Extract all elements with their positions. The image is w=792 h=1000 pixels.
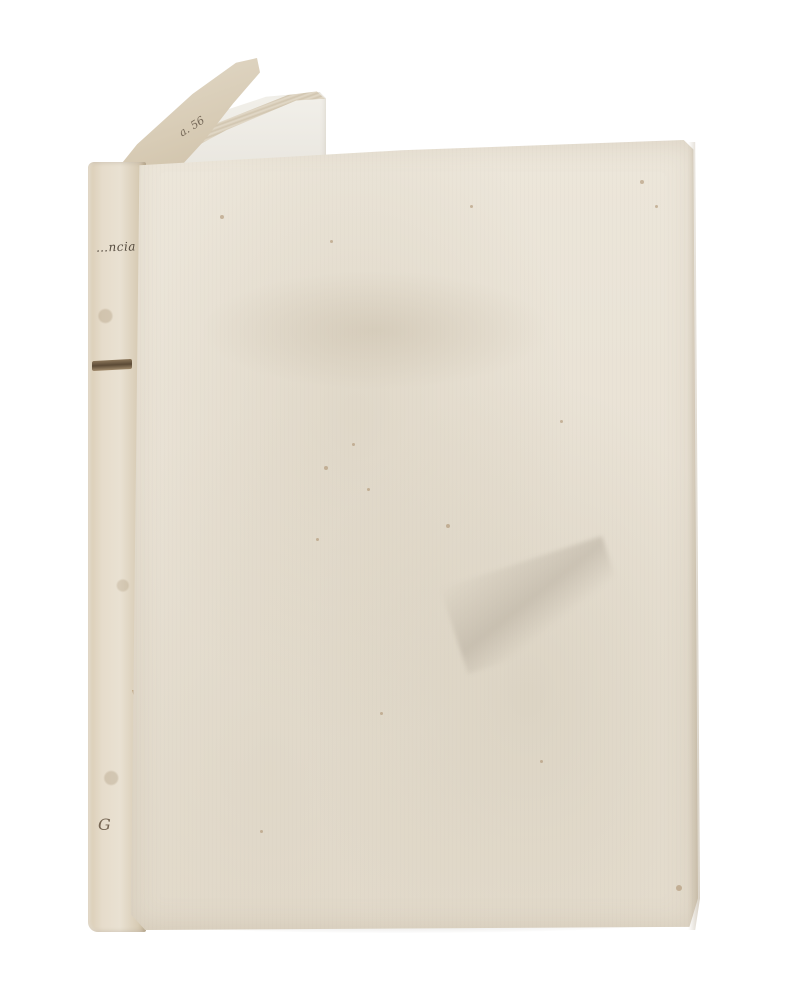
foxing-spot	[380, 712, 383, 715]
foxing-spot	[676, 885, 682, 891]
cover-fore-edge	[688, 142, 700, 930]
foxing-spot	[367, 488, 370, 491]
foxing-spot	[560, 420, 563, 423]
foxing-spot	[260, 830, 263, 833]
foxing-spot	[324, 466, 328, 470]
foxing-spot	[330, 240, 333, 243]
foxing-spot	[220, 215, 224, 219]
foxing-spot	[470, 205, 473, 208]
foxing-spot	[640, 180, 644, 184]
spine-manuscript-label: …ncia	[96, 239, 136, 254]
foxing-spot	[352, 443, 355, 446]
foxing-spot	[446, 524, 450, 528]
cover-stain	[200, 270, 550, 390]
book-photo: a. 56 …ncia G	[0, 0, 792, 1000]
foxing-spot	[655, 205, 658, 208]
front-cover	[128, 140, 698, 930]
foxing-spot	[316, 538, 319, 541]
foxing-spot	[540, 760, 543, 763]
spine-bottom-mark: G	[98, 815, 111, 834]
spine-crack	[92, 359, 132, 371]
